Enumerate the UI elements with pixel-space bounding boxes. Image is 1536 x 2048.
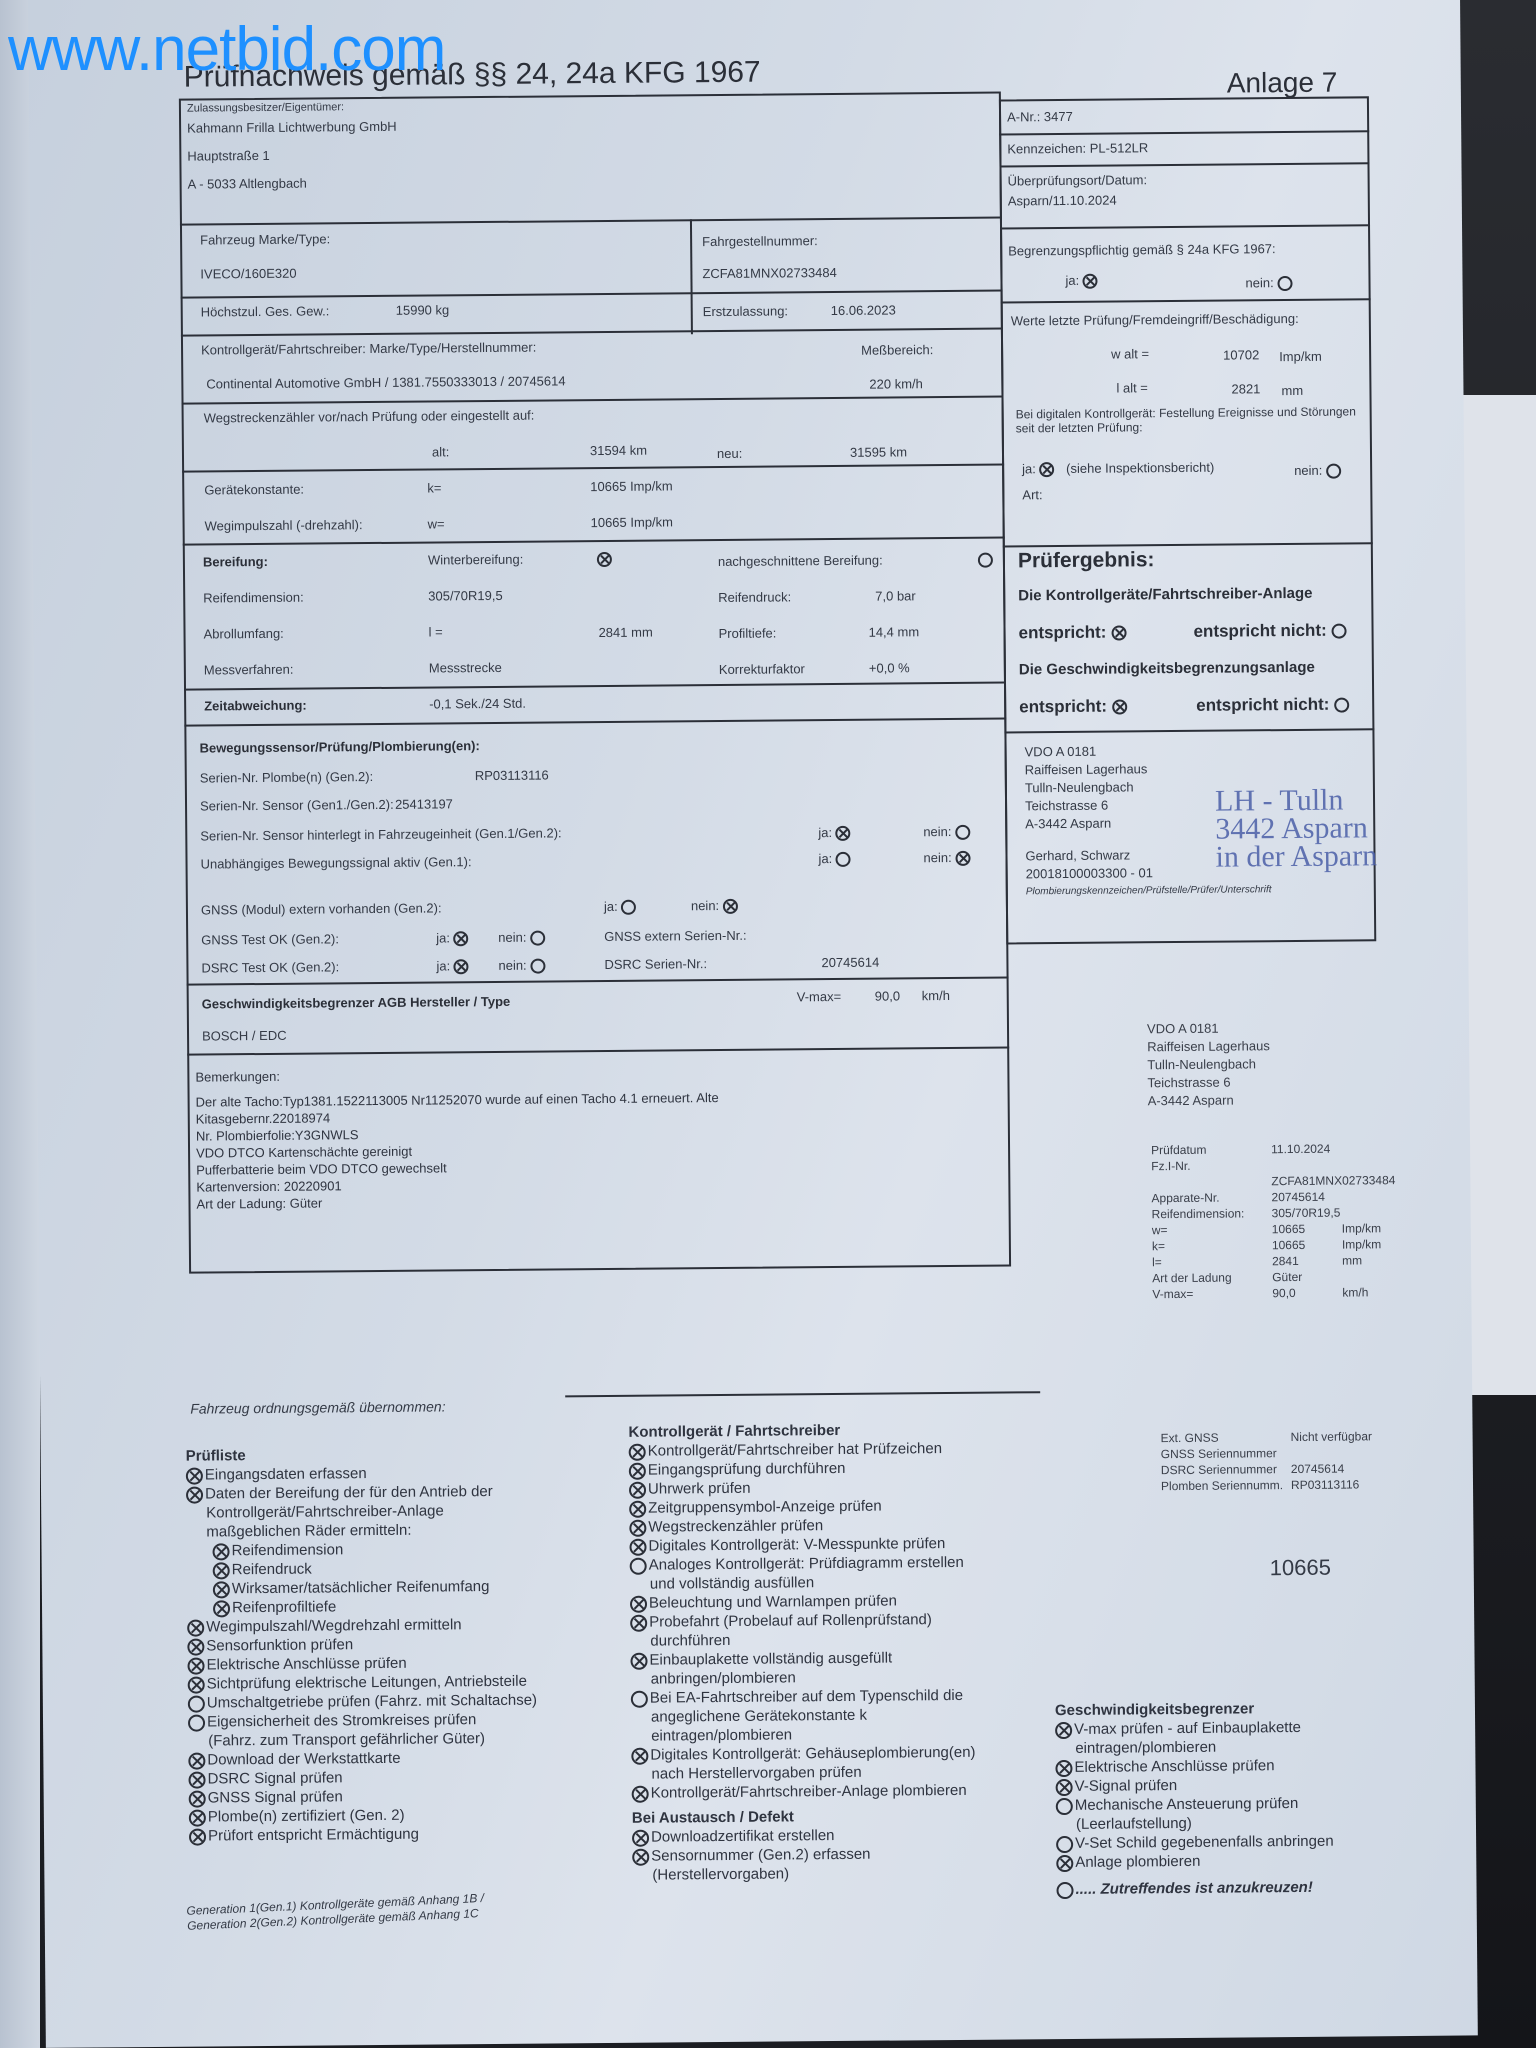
odometer-old-label: alt: xyxy=(432,444,449,459)
sticker-key: V-max= xyxy=(1152,1285,1272,1302)
empty-radio-icon[interactable] xyxy=(631,1690,648,1707)
constant-number: 10665 xyxy=(1270,1555,1331,1582)
dsrc-test-no[interactable]: nein: xyxy=(498,958,545,974)
checked-radio-icon[interactable] xyxy=(632,1785,649,1802)
w-old: 10702 xyxy=(1223,347,1259,362)
sticker-unit xyxy=(1341,1140,1401,1157)
sticker-key: w= xyxy=(1152,1221,1272,1238)
correction: +0,0 % xyxy=(869,660,910,675)
checklist-item-label: Prüfort entspricht Ermächtigung xyxy=(208,1826,419,1845)
method-label: Messverfahren: xyxy=(204,662,294,678)
checklist-item-label: Digitales Kontrollgerät: Gehäuseplombier… xyxy=(650,1744,975,1764)
tyre-pressure-label: Reifendruck: xyxy=(718,589,791,605)
events-note: (siehe Inspektionsbericht) xyxy=(1066,460,1214,476)
weight-label: Höchstzul. Ges. Gew.: xyxy=(201,303,330,319)
checklist-item-label: Uhrwerk prüfen xyxy=(648,1480,751,1498)
sticker-value: Güter xyxy=(1272,1269,1342,1286)
gnss-key: GNSS Seriennummer xyxy=(1161,1445,1291,1462)
sticker-value: 305/70R19,5 xyxy=(1272,1205,1342,1222)
remarks-label: Bemerkungen: xyxy=(195,1064,718,1086)
handover-signature-line xyxy=(565,1391,1040,1397)
last-values-label: Werte letzte Prüfung/Fremdeingriff/Besch… xyxy=(1011,311,1299,329)
first-reg-label: Erstzulassung: xyxy=(703,303,788,319)
owner-street: Hauptstraße 1 xyxy=(187,148,270,164)
checklist-item[interactable]: Analoges Kontrollgerät: Prüfdiagramm ers… xyxy=(630,1553,974,1575)
gnss-value: Nicht verfügbar xyxy=(1291,1428,1401,1445)
checked-radio-icon[interactable] xyxy=(1055,1721,1072,1738)
limiter-type: BOSCH / EDC xyxy=(202,1028,287,1044)
watermark: www.netbid.com xyxy=(8,14,445,85)
no-label: nein: xyxy=(923,850,951,865)
sticker-unit xyxy=(1342,1268,1402,1285)
empty-radio-icon[interactable] xyxy=(188,1714,205,1731)
checklist-item-label: eintragen/plombieren xyxy=(1075,1739,1216,1757)
checklist-item-label: Bei EA-Fahrtschreiber auf dem Typenschil… xyxy=(650,1687,963,1707)
checked-radio-icon[interactable] xyxy=(186,1486,203,1503)
stamp-line: in der Asparn xyxy=(1215,839,1377,874)
dsrc-test-yes[interactable]: ja: xyxy=(436,958,468,974)
empty-radio-icon[interactable] xyxy=(1277,276,1292,291)
sticker-key: Art der Ladung xyxy=(1152,1269,1272,1286)
checklist-item[interactable]: Umschaltgetriebe prüfen (Fahrz. mit Scha… xyxy=(188,1691,537,1713)
empty-radio-icon[interactable] xyxy=(530,931,545,946)
checklist-item-label: Kontrollgerät/Fahrtschreiber-Anlage xyxy=(206,1502,444,1521)
stored-label: Serien-Nr. Sensor hinterlegt in Fahrzeug… xyxy=(200,825,561,843)
tyre-dimension: 305/70R19,5 xyxy=(428,588,503,604)
independent-no[interactable]: nein: xyxy=(923,850,970,866)
checked-radio-icon[interactable] xyxy=(629,1462,646,1479)
limiter-label: Geschwindigkeitsbegrenzer AGB Hersteller… xyxy=(202,994,511,1012)
checklist-item-label: Kontrollgerät/Fahrtschreiber hat Prüfzei… xyxy=(648,1440,942,1460)
no-label: nein: xyxy=(498,958,526,973)
checklist-title: Geschwindigkeitsbegrenzer xyxy=(1055,1699,1333,1720)
range-value: 220 km/h xyxy=(869,376,923,391)
checklist-item-label: Zeitgruppensymbol-Anzeige prüfen xyxy=(648,1498,882,1517)
checked-radio-icon[interactable] xyxy=(187,1619,204,1636)
result-limiter-label: Die Geschwindigkeitsbegrenzungsanlage xyxy=(1019,659,1315,679)
checklist-item-label: nach Herstellervorgaben prüfen xyxy=(651,1764,861,1783)
circumference-label: Abrollumfang: xyxy=(203,626,283,642)
checklist-item-label: Reifendruck xyxy=(232,1561,312,1579)
checklist-item-label: V-Signal prüfen xyxy=(1075,1777,1178,1795)
checked-radio-icon[interactable] xyxy=(1056,1778,1073,1795)
checklist-item-label: Eingangsdaten erfassen xyxy=(205,1465,367,1483)
yes-label: ja: xyxy=(436,930,450,945)
checklist-item: eintragen/plombieren xyxy=(1055,1737,1333,1758)
vin-label: Fahrgestellnummer: xyxy=(702,233,818,249)
vmax-label: V-max= xyxy=(797,989,842,1004)
checklist-item[interactable]: Probefahrt (Probelauf auf Rollenprüfstan… xyxy=(630,1610,974,1632)
w-label: Wegimpulszahl (-drehzahl): xyxy=(205,517,363,533)
sticker-unit: Imp/km xyxy=(1342,1236,1402,1253)
result-tacho-nok[interactable]: entspricht nicht: xyxy=(1193,621,1346,642)
checklist-item-label: Beleuchtung und Warnlampen prüfen xyxy=(649,1592,897,1611)
vin: ZCFA81MNX02733484 xyxy=(702,265,837,281)
no-label: nein: xyxy=(1245,275,1273,290)
checklist-item[interactable]: V-Signal prüfen xyxy=(1056,1775,1334,1796)
empty-radio-icon[interactable] xyxy=(1056,1797,1073,1814)
seal-label: Serien-Nr. Plombe(n) (Gen.2): xyxy=(200,769,374,786)
empty-radio-icon[interactable] xyxy=(530,959,545,974)
sticker-key: Fz.I-Nr. xyxy=(1151,1157,1271,1174)
sticker-value: 11.10.2024 xyxy=(1271,1141,1341,1158)
checked-radio-icon[interactable] xyxy=(1111,625,1126,640)
checklist-item-label: V-max prüfen - auf Einbauplakette xyxy=(1074,1719,1301,1738)
yes-label: ja: xyxy=(818,851,832,866)
l-old-label: l alt = xyxy=(1116,380,1148,395)
no-label: nein: xyxy=(923,824,951,839)
checklist-item[interactable]: Anlage plombieren xyxy=(1056,1851,1334,1872)
tread: 14,4 mm xyxy=(868,624,919,639)
legend-text: ..... Zutreffendes ist anzukreuzen! xyxy=(1075,1879,1312,1898)
checklist-item[interactable]: Daten der Bereifung der für den Antrieb … xyxy=(186,1482,535,1504)
checklist-item-label: Reifendimension xyxy=(231,1541,343,1559)
checked-radio-icon[interactable] xyxy=(189,1828,206,1845)
vehicle-make: IVECO/160E320 xyxy=(200,266,296,282)
checklist-item-label: Sensornummer (Gen.2) erfassen xyxy=(651,1846,870,1865)
sensor-serial: 25413197 xyxy=(395,796,453,812)
dsrc-serial-label: DSRC Serien-Nr.: xyxy=(604,956,707,972)
independent-yes[interactable]: ja: xyxy=(818,851,850,867)
tyres-label: Bereifung: xyxy=(203,554,268,570)
limiter-required-label: Begrenzungspflichtig gemäß § 24a KFG 196… xyxy=(1008,241,1276,258)
checklist-item-label: Probefahrt (Probelauf auf Rollenprüfstan… xyxy=(649,1611,932,1630)
empty-radio-icon[interactable] xyxy=(1334,698,1349,713)
station-footer: Plombierungskennzeichen/Prüfstelle/Prüfe… xyxy=(1026,881,1272,901)
sticker-value: ZCFA81MNX02733484 xyxy=(1271,1173,1341,1190)
limiter-required-yes[interactable]: ja: xyxy=(1065,273,1097,289)
stored-no[interactable]: nein: xyxy=(923,824,970,840)
checked-radio-icon[interactable] xyxy=(188,1771,205,1788)
checklist-item-label: Download der Werkstattkarte xyxy=(207,1750,400,1769)
checklist-item-label: Eigensicherheit des Stromkreises prüfen xyxy=(207,1711,476,1730)
checked-radio-icon[interactable] xyxy=(213,1581,230,1598)
checklist-item[interactable]: Kontrollgerät/Fahrtschreiber hat Prüfzei… xyxy=(629,1439,973,1461)
k-value: 10665 Imp/km xyxy=(590,478,673,494)
tyre-pressure: 7,0 bar xyxy=(875,588,916,603)
sticker-key: Apparate-Nr. xyxy=(1151,1189,1271,1206)
place-date-label: Überprüfungsort/Datum: xyxy=(1008,172,1148,188)
checklist-item-label: und vollständig ausfüllen xyxy=(650,1574,814,1592)
checked-radio-icon[interactable] xyxy=(189,1790,206,1807)
tacho-label: Kontrollgerät/Fahrtschreiber: Marke/Type… xyxy=(201,340,536,358)
checked-radio-icon[interactable] xyxy=(188,1676,205,1693)
checked-radio-icon[interactable] xyxy=(1055,1759,1072,1776)
checked-radio-icon[interactable] xyxy=(597,552,612,567)
a-nr: A-Nr.: 3477 xyxy=(1007,109,1073,125)
k-sym: k= xyxy=(427,480,441,495)
handover-label: Fahrzeug ordnungsgemäß übernommen: xyxy=(190,1398,445,1416)
owner-label: Zulassungsbesitzer/Eigentümer: xyxy=(187,101,344,114)
yes-label: ja: xyxy=(1022,461,1036,476)
gnss-info: Ext. GNSSNicht verfügbarGNSS Seriennumme… xyxy=(1161,1428,1402,1494)
ok-label: entspricht: xyxy=(1019,697,1107,717)
gnss-row: Plomben Seriennumm.RP03113116 xyxy=(1161,1476,1401,1494)
checklist-item-label: Wirksamer/tatsächlicher Reifenumfang xyxy=(232,1578,490,1597)
no-label: nein: xyxy=(498,930,526,945)
yes-label: ja: xyxy=(1065,273,1079,288)
w-value: 10665 Imp/km xyxy=(591,514,674,530)
result-limiter-ok[interactable]: entspricht: xyxy=(1019,696,1127,717)
stored-yes[interactable]: ja: xyxy=(818,825,850,841)
checked-radio-icon[interactable] xyxy=(629,1481,646,1498)
checklist-item-label: Plombe(n) zertifiziert (Gen. 2) xyxy=(208,1807,405,1826)
no-label: nein: xyxy=(691,898,719,913)
sticker-value xyxy=(1271,1157,1341,1174)
remarks: Bemerkungen: Der alte Tacho:Typ1381.1522… xyxy=(195,1064,719,1213)
checked-radio-icon[interactable] xyxy=(189,1809,206,1826)
sensor-serial-label: Serien-Nr. Sensor (Gen1./Gen.2): xyxy=(200,797,394,814)
station-line: Raiffeisen Lagerhaus xyxy=(1025,759,1271,779)
place-date: Asparn/11.10.2024 xyxy=(1008,193,1117,209)
result-tacho-label: Die Kontrollgeräte/Fahrtschreiber-Anlage xyxy=(1018,585,1312,605)
sticker-line: Teichstrasse 6 xyxy=(1147,1073,1270,1092)
checklist-item[interactable]: Wirksamer/tatsächlicher Reifenumfang xyxy=(187,1577,536,1599)
checklist-item-label: Anlage plombieren xyxy=(1075,1853,1200,1871)
time-dev: -0,1 Sek./24 Std. xyxy=(429,696,526,712)
circumference-sym: l = xyxy=(428,624,442,639)
checked-radio-icon[interactable] xyxy=(187,1638,204,1655)
checklist-item: (Leerlaufstellung) xyxy=(1056,1813,1334,1834)
checklist-legend: ..... Zutreffendes ist anzukreuzen! xyxy=(1056,1878,1334,1899)
checked-radio-icon[interactable] xyxy=(1112,699,1127,714)
checklist-item[interactable]: V-Set Schild gegebenenfalls anbringen xyxy=(1056,1832,1334,1853)
events-label: Bei digitalen Kontrollgerät: Festellung … xyxy=(1016,404,1361,435)
checked-radio-icon[interactable] xyxy=(629,1500,646,1517)
tread-label: Profiltiefe: xyxy=(718,625,776,641)
gnss-serial-label: GNSS extern Serien-Nr.: xyxy=(604,928,746,944)
events-no[interactable]: nein: xyxy=(1294,463,1341,479)
empty-radio-icon[interactable] xyxy=(836,852,851,867)
empty-radio-icon[interactable] xyxy=(1056,1835,1073,1852)
winter-checkbox[interactable] xyxy=(597,551,612,569)
winter-label: Winterbereifung: xyxy=(428,552,524,568)
checklist-pruefliste: PrüflisteEingangsdaten erfassenDaten der… xyxy=(186,1444,539,1846)
checklist-item-label: anbringen/plombieren xyxy=(651,1669,796,1687)
checked-radio-icon[interactable] xyxy=(629,1443,646,1460)
checklist-begrenzer: GeschwindigkeitsbegrenzerV-max prüfen - … xyxy=(1055,1699,1334,1899)
checklist-item-label: GNSS Signal prüfen xyxy=(208,1788,343,1806)
checklist-item-label: Einbauplakette vollständig ausgefüllt xyxy=(649,1650,892,1669)
annex-label: Anlage 7 xyxy=(1227,67,1338,100)
first-reg: 16.06.2023 xyxy=(831,302,896,318)
odometer-new-label: neu: xyxy=(717,446,742,461)
checked-radio-icon[interactable] xyxy=(629,1519,646,1536)
gnss-key: DSRC Seriennummer xyxy=(1161,1461,1291,1478)
checklist-item-label: Daten der Bereifung der für den Antrieb … xyxy=(205,1483,493,1503)
checklist-item-label: V-Set Schild gegebenenfalls anbringen xyxy=(1075,1833,1334,1852)
events-yes[interactable]: ja: (siehe Inspektionsbericht) xyxy=(1022,460,1214,478)
checked-radio-icon[interactable] xyxy=(1083,274,1098,289)
result-tacho-ok[interactable]: entspricht: xyxy=(1018,622,1126,643)
w-old-unit: Imp/km xyxy=(1279,349,1322,364)
gnss-ext-yes[interactable]: ja: xyxy=(604,899,636,915)
checked-radio-icon[interactable] xyxy=(629,1538,646,1555)
sticker-table: Prüfdatum11.10.2024Fz.I-Nr.ZCFA81MNX0273… xyxy=(1151,1140,1402,1302)
dsrc-test-label: DSRC Test OK (Gen.2): xyxy=(201,959,339,975)
station-line: VDO A 0181 xyxy=(1025,741,1271,761)
sticker-key: Prüfdatum xyxy=(1151,1141,1271,1158)
checked-radio-icon[interactable] xyxy=(955,851,970,866)
tyre-dimension-label: Reifendimension: xyxy=(203,590,304,606)
checklist-item-label: durchführen xyxy=(650,1632,730,1650)
license-plate: Kennzeichen: PL-512LR xyxy=(1007,140,1148,156)
checked-radio-icon[interactable] xyxy=(630,1614,647,1631)
checklist-item-label: eintragen/plombieren xyxy=(651,1726,792,1744)
sticker-unit: Imp/km xyxy=(1342,1220,1402,1237)
range-label: Meßbereich: xyxy=(861,342,933,358)
sticker-line: Tulln-Neulengbach xyxy=(1147,1055,1270,1074)
events-type-label: Art: xyxy=(1022,487,1042,502)
checked-radio-icon[interactable] xyxy=(213,1600,230,1617)
sticker-unit xyxy=(1341,1188,1401,1205)
gnss-ext-label: GNSS (Modul) extern vorhanden (Gen.2): xyxy=(201,900,442,917)
l-old-unit: mm xyxy=(1281,383,1303,398)
sticker-unit: mm xyxy=(1342,1252,1402,1269)
checklist-item-label: (Leerlaufstellung) xyxy=(1076,1815,1192,1833)
checklist-item: (Herstellervorgaben) xyxy=(632,1863,976,1885)
checklist-item[interactable]: Digitales Kontrollgerät: Gehäuseplombier… xyxy=(631,1743,975,1765)
ok-label: entspricht: xyxy=(1018,623,1106,643)
sticker-value: 20745614 xyxy=(1271,1189,1341,1206)
checklist-item-label: Umschaltgetriebe prüfen (Fahrz. mit Scha… xyxy=(207,1692,537,1712)
gnss-value: 20745614 xyxy=(1291,1460,1401,1477)
sticker-row: V-max=90,0km/h xyxy=(1152,1284,1402,1302)
empty-radio-icon[interactable] xyxy=(978,553,993,568)
checked-radio-icon[interactable] xyxy=(630,1652,647,1669)
empty-radio-icon[interactable] xyxy=(621,900,636,915)
sticker-key: Reifendimension: xyxy=(1152,1205,1272,1222)
checklist-item-label: (Fahrz. zum Transport gefährlicher Güter… xyxy=(208,1730,485,1749)
checked-radio-icon[interactable] xyxy=(186,1467,203,1484)
sticker-unit xyxy=(1341,1172,1401,1189)
checklist-item-label: Downloadzertifikat erstellen xyxy=(651,1827,835,1846)
checked-radio-icon[interactable] xyxy=(632,1829,649,1846)
checklist-item-label: (Herstellervorgaben) xyxy=(652,1865,789,1883)
empty-radio-icon xyxy=(1056,1881,1073,1898)
regrooved-checkbox[interactable] xyxy=(978,552,993,570)
odometer-old: 31594 km xyxy=(590,443,647,458)
footnote: Generation 1(Gen.1) Kontrollgeräte gemäß… xyxy=(186,1891,485,1934)
circumference: 2841 mm xyxy=(598,625,652,640)
checklist-item[interactable]: Bei EA-Fahrtschreiber auf dem Typenschil… xyxy=(631,1686,975,1708)
gnss-value xyxy=(1291,1444,1401,1461)
checklist-item[interactable]: V-max prüfen - auf Einbauplakette xyxy=(1055,1718,1333,1739)
gnss-test-label: GNSS Test OK (Gen.2): xyxy=(201,931,339,947)
sticker-key: k= xyxy=(1152,1237,1272,1254)
weight: 15990 kg xyxy=(396,302,450,317)
checklist-item-label: Eingangsprüfung durchführen xyxy=(648,1460,846,1479)
sticker-address: VDO A 0181 Raiffeisen Lagerhaus Tulln-Ne… xyxy=(1147,1019,1270,1110)
vehicle-make-label: Fahrzeug Marke/Type: xyxy=(200,231,330,247)
owner-city: A - 5033 Altlengbach xyxy=(188,176,307,192)
sticker-value: 10665 xyxy=(1272,1221,1342,1238)
time-dev-label: Zeitabweichung: xyxy=(204,698,307,714)
seal-value: RP03113116 xyxy=(475,767,549,783)
checklist-item[interactable]: Mechanische Ansteuerung prüfen xyxy=(1056,1794,1334,1815)
empty-radio-icon[interactable] xyxy=(1326,464,1341,479)
checklist-item-label: DSRC Signal prüfen xyxy=(207,1769,342,1787)
sticker-value: 10665 xyxy=(1272,1237,1342,1254)
gnss-key: Ext. GNSS xyxy=(1161,1429,1291,1446)
dsrc-serial: 20745614 xyxy=(821,955,879,971)
checked-radio-icon[interactable] xyxy=(630,1595,647,1612)
gnss-value: RP03113116 xyxy=(1291,1476,1401,1493)
checked-radio-icon[interactable] xyxy=(631,1747,648,1764)
l-old: 2821 xyxy=(1231,381,1260,396)
sticker-unit xyxy=(1341,1156,1401,1173)
tacho-value: Continental Automotive GmbH / 1381.75503… xyxy=(206,373,565,391)
checked-radio-icon[interactable] xyxy=(1056,1854,1073,1871)
checked-radio-icon[interactable] xyxy=(454,959,469,974)
method: Messstrecke xyxy=(429,660,502,676)
result-limiter-nok[interactable]: entspricht nicht: xyxy=(1196,694,1349,715)
nok-label: entspricht nicht: xyxy=(1193,621,1326,641)
checklist-item[interactable]: Prüfort entspricht Ermächtigung xyxy=(189,1824,538,1846)
no-label: nein: xyxy=(1294,463,1322,478)
checked-radio-icon[interactable] xyxy=(213,1562,230,1579)
checklist-item-label: Sensorfunktion prüfen xyxy=(206,1636,353,1654)
empty-radio-icon[interactable] xyxy=(188,1695,205,1712)
checklist-item-label: Wegstreckenzähler prüfen xyxy=(648,1517,823,1536)
checklist-item-label: Sichtprüfung elektrische Leitungen, Antr… xyxy=(207,1673,527,1693)
checklist-item-label: Elektrische Anschlüsse prüfen xyxy=(206,1655,406,1674)
sticker-value: 90,0 xyxy=(1272,1285,1342,1302)
empty-radio-icon[interactable] xyxy=(630,1557,647,1574)
checked-radio-icon[interactable] xyxy=(188,1752,205,1769)
sensor-title: Bewegungssensor/Prüfung/Plombierung(en): xyxy=(199,738,479,755)
empty-radio-icon[interactable] xyxy=(1331,624,1346,639)
odometer-label: Wegstreckenzähler vor/nach Prüfung oder … xyxy=(204,408,535,426)
empty-radio-icon[interactable] xyxy=(955,825,970,840)
limiter-required-no[interactable]: nein: xyxy=(1245,275,1292,291)
yes-label: ja: xyxy=(436,958,450,973)
k-label: Gerätekonstante: xyxy=(204,482,304,498)
nok-label: entspricht nicht: xyxy=(1196,695,1329,715)
checklist-item-label: Digitales Kontrollgerät: V-Messpunkte pr… xyxy=(648,1535,945,1555)
document-sheet: Prüfnachweis gemäß §§ 24, 24a KFG 1967 A… xyxy=(28,0,1478,2048)
gnss-test-no[interactable]: nein: xyxy=(498,930,545,946)
checklist-item-label: Reifenprofiltiefe xyxy=(232,1598,336,1616)
w-old-label: w alt = xyxy=(1111,346,1149,361)
checked-radio-icon[interactable] xyxy=(836,826,851,841)
gnss-key: Plomben Seriennumm. xyxy=(1161,1477,1291,1494)
checklist-item-label: Kontrollgerät/Fahrtschreiber-Anlage plom… xyxy=(651,1782,967,1802)
checked-radio-icon[interactable] xyxy=(212,1543,229,1560)
gnss-ext-no[interactable]: nein: xyxy=(691,898,738,914)
owner-name: Kahmann Frilla Lichtwerbung GmbH xyxy=(187,119,397,136)
checklist-item-label: Elektrische Anschlüsse prüfen xyxy=(1074,1757,1274,1776)
checked-radio-icon[interactable] xyxy=(632,1848,649,1865)
sticker-key: l= xyxy=(1152,1253,1272,1270)
signature-stamp: LH - Tulln 3442 Asparn in der Asparn xyxy=(1215,783,1377,874)
checklist-item-label: Analoges Kontrollgerät: Prüfdiagramm ers… xyxy=(649,1554,964,1574)
gnss-test-yes[interactable]: ja: xyxy=(436,930,468,946)
sticker-unit: km/h xyxy=(1342,1284,1402,1301)
checklist-item[interactable]: Kontrollgerät/Fahrtschreiber-Anlage plom… xyxy=(632,1781,976,1803)
checked-radio-icon[interactable] xyxy=(187,1657,204,1674)
checked-radio-icon[interactable] xyxy=(723,899,738,914)
vmax-unit: km/h xyxy=(922,988,950,1003)
sticker-line: VDO A 0181 xyxy=(1147,1019,1270,1038)
w-sym: w= xyxy=(428,516,445,531)
checklist-item[interactable]: Elektrische Anschlüsse prüfen xyxy=(1055,1756,1333,1777)
odometer-new: 31595 km xyxy=(850,444,907,459)
checked-radio-icon[interactable] xyxy=(1039,462,1054,477)
checked-radio-icon[interactable] xyxy=(454,931,469,946)
yes-label: ja: xyxy=(604,899,618,914)
regrooved-label: nachgeschnittene Bereifung: xyxy=(718,553,883,569)
